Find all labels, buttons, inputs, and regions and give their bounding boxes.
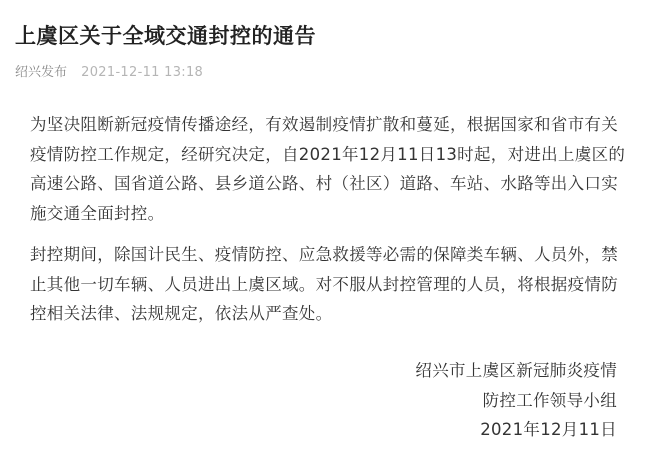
paragraph-2: 封控期间，除国计民生、疫情防控、应急救援等必需的保障类车辆、人员外，禁 止其他一… [30,240,630,329]
signature-block: 绍兴市上虞区新冠肺炎疫情 防控工作领导小组 2021年12月11日 [415,356,617,445]
signature-organization: 绍兴市上虞区新冠肺炎疫情 [415,356,617,386]
signature-group: 防控工作领导小组 [415,386,617,416]
publish-timestamp: 2021-12-11 13:18 [81,65,203,80]
paragraph-1: 为坚决阻断新冠疫情传播途经，有效遏制疫情扩散和蔓延，根据国家和省市有关 疫情防控… [30,110,630,228]
paragraph-line: 高速公路、国省道公路、县乡道公路、村（社区）道路、车站、水路等出入口实 [30,169,630,199]
article-title: 上虞区关于全域交通封控的通告 [15,20,316,50]
source-account-link[interactable]: 绍兴发布 [15,65,67,80]
signature-date: 2021年12月11日 [415,415,617,445]
paragraph-line: 封控期间，除国计民生、疫情防控、应急救援等必需的保障类车辆、人员外，禁 [30,240,630,270]
paragraph-line: 止其他一切车辆、人员进出上虞区域。对不服从封控管理的人员，将根据疫情防 [30,270,630,300]
paragraph-line: 施交通全面封控。 [30,199,630,229]
paragraph-line: 控相关法律、法规规定，依法从严查处。 [30,299,630,329]
article-meta: 绍兴发布 2021-12-11 13:18 [15,61,203,80]
paragraph-line: 疫情防控工作规定，经研究决定，自2021年12月11日13时起，对进出上虞区的 [30,140,630,170]
paragraph-line: 为坚决阻断新冠疫情传播途经，有效遏制疫情扩散和蔓延，根据国家和省市有关 [30,110,630,140]
